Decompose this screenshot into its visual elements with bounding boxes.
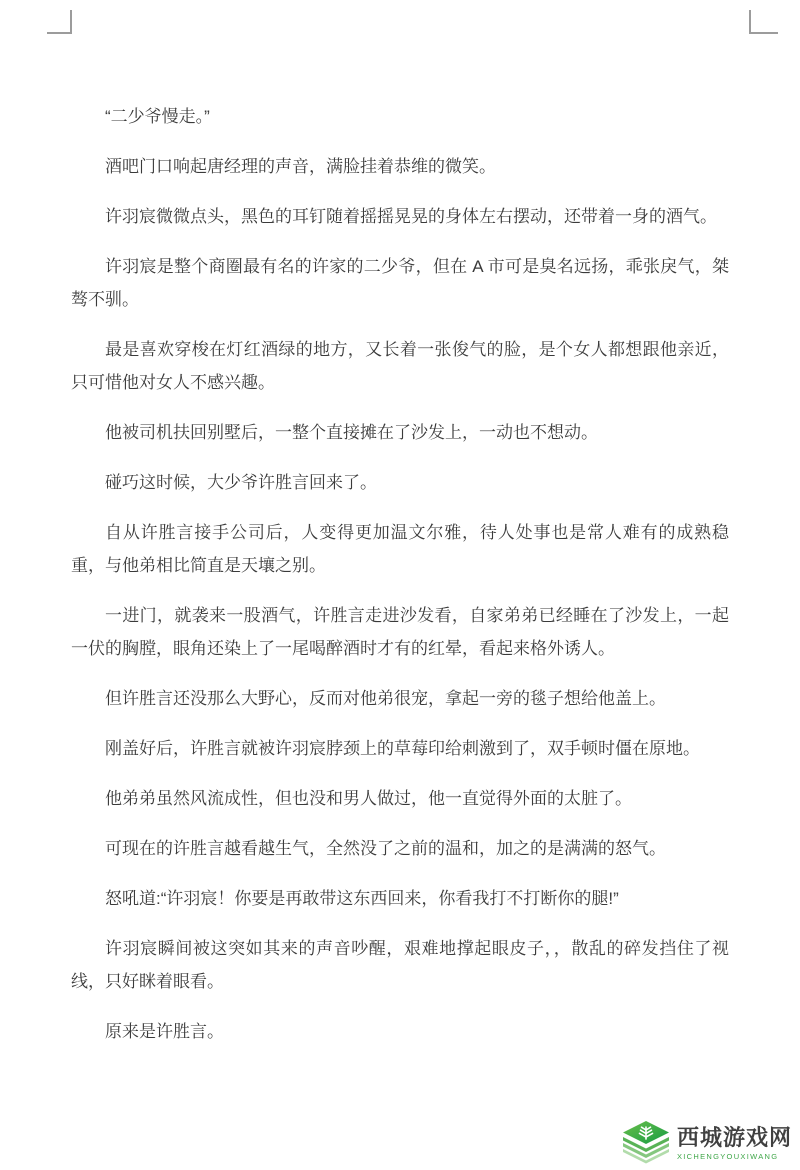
corner-mark-top-left xyxy=(47,10,72,34)
wheat-layers-icon xyxy=(622,1121,670,1165)
paragraph: 但许胜言还没那么大野心，反而对他弟很宠，拿起一旁的毯子想给他盖上。 xyxy=(71,682,729,715)
paragraph: 一进门，就袭来一股酒气，许胜言走进沙发看，自家弟弟已经睡在了沙发上，一起一伏的胸… xyxy=(71,599,729,665)
paragraph: 原来是许胜言。 xyxy=(71,1015,729,1048)
document-page: { "page": { "background_color": "#ffffff… xyxy=(0,0,800,1170)
document-body: “二少爷慢走。” 酒吧门口响起唐经理的声音，满脸挂着恭维的微笑。 许羽宸微微点头… xyxy=(71,100,729,1065)
paragraph: 最是喜欢穿梭在灯红酒绿的地方，又长着一张俊气的脸，是个女人都想跟他亲近，只可惜他… xyxy=(71,333,729,399)
paragraph: 可现在的许胜言越看越生气，全然没了之前的温和，加之的是满满的怒气。 xyxy=(71,832,729,865)
paragraph: 自从许胜言接手公司后，人变得更加温文尔雅，待人处事也是常人难有的成熟稳重，与他弟… xyxy=(71,516,729,582)
paragraph: 他弟弟虽然风流成性，但也没和男人做过，他一直觉得外面的太脏了。 xyxy=(71,782,729,815)
paragraph: 碰巧这时候，大少爷许胜言回来了。 xyxy=(71,466,729,499)
paragraph: 许羽宸微微点头，黑色的耳钉随着摇摇晃晃的身体左右摆动，还带着一身的酒气。 xyxy=(71,200,729,233)
watermark-text: 西城游戏网 XICHENGYOUXIWANG xyxy=(677,1125,792,1161)
corner-mark-top-right xyxy=(749,10,778,34)
site-name-latin: XICHENGYOUXIWANG xyxy=(677,1152,792,1161)
paragraph: 怒吼道:“许羽宸！你要是再敢带这东西回来，你看我打不打断你的腿!” xyxy=(71,882,729,915)
site-name: 西城游戏网 xyxy=(677,1125,792,1150)
paragraph: 许羽宸是整个商圈最有名的许家的二少爷，但在 A 市可是臭名远扬，乖张戾气，桀骜不… xyxy=(71,250,729,316)
watermark: 西城游戏网 XICHENGYOUXIWANG xyxy=(622,1121,792,1165)
paragraph: 他被司机扶回别墅后，一整个直接摊在了沙发上，一动也不想动。 xyxy=(71,416,729,449)
paragraph: 酒吧门口响起唐经理的声音，满脸挂着恭维的微笑。 xyxy=(71,150,729,183)
paragraph: “二少爷慢走。” xyxy=(71,100,729,133)
paragraph: 许羽宸瞬间被这突如其来的声音吵醒，艰难地撑起眼皮子，，散乱的碎发挡住了视线，只好… xyxy=(71,932,729,998)
paragraph: 刚盖好后，许胜言就被许羽宸脖颈上的草莓印给刺激到了，双手顿时僵在原地。 xyxy=(71,732,729,765)
